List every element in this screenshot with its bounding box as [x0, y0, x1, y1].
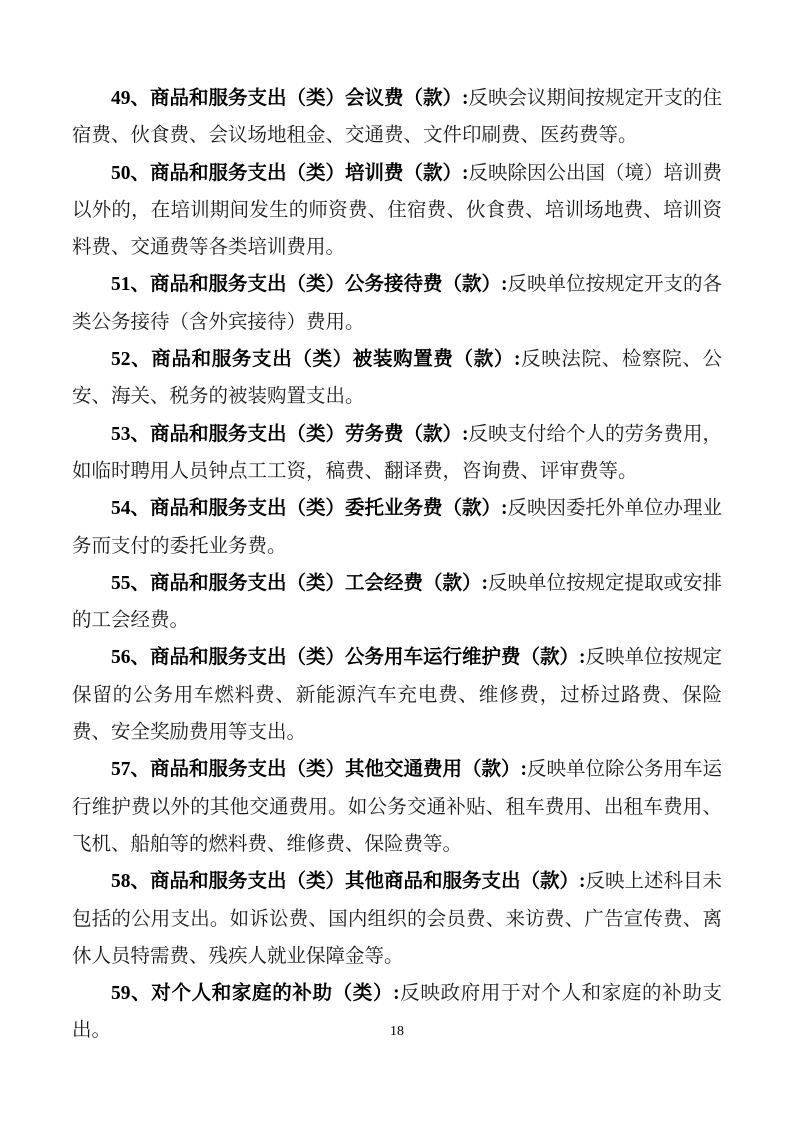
item-58: 58、商品和服务支出（类）其他商品和服务支出（款）:反映上述科目未包括的公用支出… — [72, 863, 722, 975]
item-59-heading: 59、对个人和家庭的补助（类）: — [111, 983, 400, 1004]
item-57: 57、商品和服务支出（类）其他交通费用（款）:反映单位除公务用车运行维护费以外的… — [72, 751, 722, 863]
page-number: 18 — [0, 1024, 794, 1040]
item-56-heading: 56、商品和服务支出（类）公务用车运行维护费（款）: — [111, 647, 586, 668]
item-50-heading: 50、商品和服务支出（类）培训费（款）: — [111, 163, 469, 184]
item-58-heading: 58、商品和服务支出（类）其他商品和服务支出（款）: — [111, 871, 586, 892]
item-56: 56、商品和服务支出（类）公务用车运行维护费（款）:反映单位按规定保留的公务用车… — [72, 639, 722, 751]
item-49-heading: 49、商品和服务支出（类）会议费（款）: — [111, 88, 469, 109]
item-53-heading: 53、商品和服务支出（类）劳务费（款）: — [111, 424, 469, 445]
item-49: 49、商品和服务支出（类）会议费（款）:反映会议期间按规定开支的住宿费、伙食费、… — [72, 80, 722, 155]
document-page: 49、商品和服务支出（类）会议费（款）:反映会议期间按规定开支的住宿费、伙食费、… — [0, 0, 794, 1123]
item-53: 53、商品和服务支出（类）劳务费（款）:反映支付给个人的劳务费用，如临时聘用人员… — [72, 416, 722, 491]
item-55-heading: 55、商品和服务支出（类）工会经费（款）: — [111, 573, 488, 594]
item-54-heading: 54、商品和服务支出（类）委托业务费（款）: — [111, 498, 508, 519]
item-51-heading: 51、商品和服务支出（类）公务接待费（款）: — [111, 274, 508, 295]
document-body: 49、商品和服务支出（类）会议费（款）:反映会议期间按规定开支的住宿费、伙食费、… — [72, 80, 722, 1050]
item-54: 54、商品和服务支出（类）委托业务费（款）:反映因委托外单位办理业务而支付的委托… — [72, 490, 722, 565]
item-52: 52、商品和服务支出（类）被装购置费（款）:反映法院、检察院、公安、海关、税务的… — [72, 341, 722, 416]
item-57-heading: 57、商品和服务支出（类）其他交通费用（款）: — [111, 759, 527, 780]
item-52-heading: 52、商品和服务支出（类）被装购置费（款）: — [111, 349, 520, 370]
item-51: 51、商品和服务支出（类）公务接待费（款）:反映单位按规定开支的各类公务接待（含… — [72, 266, 722, 341]
item-50: 50、商品和服务支出（类）培训费（款）:反映除因公出国（境）培训费以外的，在培训… — [72, 155, 722, 267]
item-55: 55、商品和服务支出（类）工会经费（款）:反映单位按规定提取或安排的工会经费。 — [72, 565, 722, 640]
